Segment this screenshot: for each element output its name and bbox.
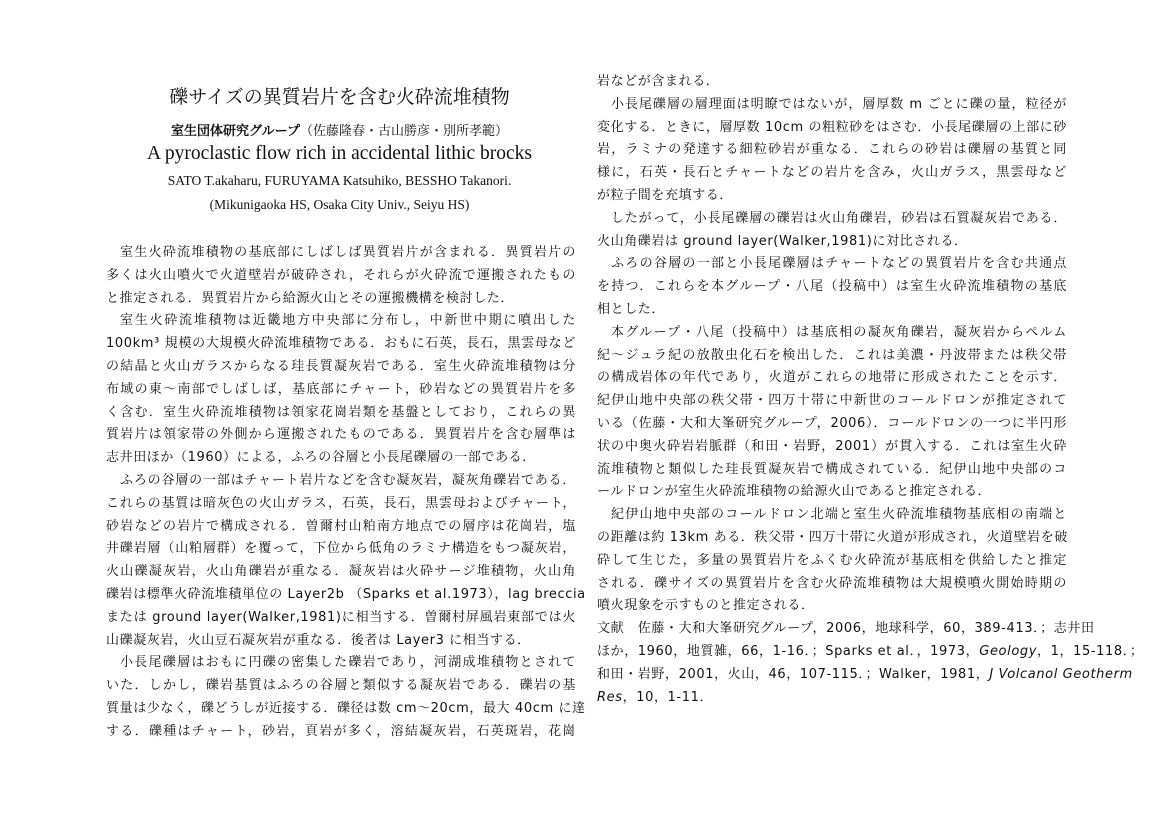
body-line: 質量は少なく，礫どうしが近接する．礫径は数 cm～20cm，最大 40cm に達 [106, 698, 576, 721]
body-line: ールドロンが室生火砕流堆積物の給源火山であると推定される． [597, 481, 1067, 504]
body-line: いる（佐藤・大和大峯研究グループ，2006）．コールドロンの一つに半円形 [597, 413, 1067, 436]
body-line: 質岩片は領家帯の外側から運搬されたものである．異質岩片を含む層準は [106, 424, 576, 447]
paper-title-japanese: 礫サイズの異質岩片を含む火砕流堆積物 [106, 84, 573, 110]
body-line: 山礫凝灰岩，火山豆石凝灰岩が重なる．後者は Layer3 に相当する． [106, 630, 576, 653]
body-line: の結晶と火山ガラスからなる珪長質凝灰岩である．室生火砕流堆積物は分 [106, 356, 576, 379]
body-line: 多くは火山噴火で火道壁岩が破砕され，それらが火砕流で運搬されたもの [106, 265, 576, 288]
body-line: これらの基質は暗灰色の火山ガラス，石英，長石，黒雲母およびチャート， [106, 493, 576, 516]
body-line: く含む．室生火砕流堆積物は領家花崗岩類を基盤としており，これらの異 [106, 402, 576, 425]
body-line: を持つ．これらを本グループ・八尾（投稿中）は室生火砕流堆積物の基底 [597, 276, 1067, 299]
reference-line: 文献 佐藤・大和大峯研究グループ，2006，地球科学，60，389-413．；志… [597, 618, 1067, 641]
references-section: 文献 佐藤・大和大峯研究グループ，2006，地球科学，60，389-413．；志… [597, 618, 1067, 709]
body-line: 状の中奥火砕岩岩脈群（和田・岩野，2001）が貫入する．これは室生火砕 [597, 436, 1067, 459]
authors-english: SATO T.akaharu, FURUYAMA Katsuhiko, BESS… [106, 172, 573, 190]
reference-line: ほか，1960，地質雑，66，1-16．；Sparks et al．，1973，… [597, 641, 1067, 664]
body-line: 岩などが含まれる． [597, 71, 1067, 94]
affiliations-english: (Mikunigaoka HS, Osaka City Univ., Seiyu… [106, 196, 573, 214]
reference-text: ，10，1-11． [623, 690, 713, 705]
research-group-name: 室生団体研究グループ [171, 124, 300, 139]
body-line: 小長尾礫層の層理面は明瞭ではないが，層厚数 m ごとに礫の量，粒径が [597, 94, 1067, 117]
body-line: 火山礫凝灰岩，火山角礫岩が重なる．凝灰岩は火砕サージ堆積物，火山角 [106, 561, 576, 584]
body-line: 流堆積物と類似した珪長質凝灰岩で構成されている．紀伊山地中央部のコ [597, 459, 1067, 482]
body-line: 小長尾礫層はおもに円礫の密集した礫岩であり，河湖成堆積物とされて [106, 652, 576, 675]
body-line: 100km³ 規模の大規模火砕流堆積物である．おもに石英，長石，黒雲母など [106, 333, 576, 356]
body-line: 紀伊山地中央部のコールドロン北端と室生火砕流堆積物基底相の南端と [597, 504, 1067, 527]
journal-name: Geology [979, 644, 1037, 659]
body-line: 火山角礫岩は ground layer(Walker,1981)に対比される． [597, 231, 1067, 254]
body-line: 岩，ラミナの発達する細粒砂岩が重なる．これらの砂岩は礫層の基質と同 [597, 139, 1067, 162]
body-line: 変化する．ときに，層厚数 10cm の粗粒砂をはさむ．小長尾礫層の上部に砂 [597, 117, 1067, 140]
body-line: ふろの谷層の一部と小長尾礫層はチャートなどの異質岩片を含む共通点 [597, 253, 1067, 276]
reference-text: ，1，15-118．； [1037, 644, 1143, 659]
body-line: される．礫サイズの異質岩片を含む火砕流堆積物は大規模噴火開始時期の [597, 573, 1067, 596]
body-line: する．礫種はチャート，砂岩，頁岩が多く，溶結凝灰岩，石英斑岩，花崗 [106, 721, 576, 744]
body-line: 井礫岩層（山粕層群）を覆って，下位から低角のラミナ構造をもつ凝灰岩， [106, 538, 576, 561]
body-line: 志井田ほか（1960）による，ふろの谷層と小長尾礫層の一部である． [106, 447, 576, 470]
body-line: 布域の東～南部でしばしば，基底部にチャート，砂岩などの異質岩片を多 [106, 379, 576, 402]
body-line: 本グループ・八尾（投稿中）は基底相の凝灰角礫岩，凝灰岩からペルム [597, 322, 1067, 345]
body-line: 紀～ジュラ紀の放散虫化石を検出した．これは美濃・丹波帯または秩父帯 [597, 345, 1067, 368]
body-line: 様に，石英・長石とチャートなどの岩片を含み，火山ガラス，黒雲母など [597, 162, 1067, 185]
body-line: 砂岩などの岩片で構成される．曽爾村山粕南方地点での層序は花崗岩，塩 [106, 516, 576, 539]
body-line: ふろの谷層の一部はチャート岩片などを含む凝灰岩，凝灰角礫岩である． [106, 470, 576, 493]
body-line: 礫岩は標準火砕流堆積単位の Layer2b （Sparks et al.1973… [106, 584, 576, 607]
body-line: したがって，小長尾礫層の礫岩は火山角礫岩，砂岩は石質凝灰岩である． [597, 208, 1067, 231]
body-line: の距離は約 13km ある．秩父帯・四万十帯に火道が形成され，火道壁岩を破 [597, 527, 1067, 550]
body-line: いた．しかし，礫岩基質はふろの谷層と類似する凝灰岩である．礫岩の基 [106, 675, 576, 698]
reference-text: 和田・岩野，2001，火山，46，107-115．；Walker，1981， [597, 667, 989, 682]
body-line: または ground layer(Walker,1981)に相当する．曽爾村屏風… [106, 607, 576, 630]
reference-text: ほか，1960，地質雑，66，1-16．；Sparks et al．，1973， [597, 644, 979, 659]
body-line: 室生火砕流堆積物は近畿地方中央部に分布し，中新世中期に噴出した [106, 310, 576, 333]
right-column-body: 岩などが含まれる． 小長尾礫層の層理面は明瞭ではないが，層厚数 m ごとに礫の量… [597, 71, 1067, 709]
body-line: の構成岩体の年代であり，火道がこれらの地帯に形成されたことを示す． [597, 367, 1067, 390]
body-line: が粒子間を充填する． [597, 185, 1067, 208]
author-names-japanese: （佐藤隆春・古山勝彦・別所孝範） [300, 124, 508, 139]
journal-name: J Volcanol Geotherm [989, 667, 1132, 682]
body-line: 砕して生じた，多量の異質岩片をふくむ火砕流が基底相を供給したと推定 [597, 550, 1067, 573]
journal-name: Res [597, 690, 623, 705]
paper-page: 礫サイズの異質岩片を含む火砕流堆積物 室生団体研究グループ（佐藤隆春・古山勝彦・… [0, 0, 1170, 827]
body-line: と推定される．異質岩片から給源火山とその運搬機構を検討した． [106, 288, 576, 311]
reference-line: Res，10，1-11． [597, 687, 1067, 710]
left-column-body: 室生火砕流堆積物の基底部にしばしば異質岩片が含まれる．異質岩片の 多くは火山噴火… [106, 242, 576, 744]
paper-title-english: A pyroclastic flow rich in accidental li… [106, 142, 573, 166]
body-line: 室生火砕流堆積物の基底部にしばしば異質岩片が含まれる．異質岩片の [106, 242, 576, 265]
body-line: 相とした． [597, 299, 1067, 322]
body-line: 紀伊山地中央部の秩父帯・四万十帯に中新世のコールドロンが推定されて [597, 390, 1067, 413]
authors-japanese: 室生団体研究グループ（佐藤隆春・古山勝彦・別所孝範） [106, 123, 573, 141]
body-line: 噴火現象を示すものと推定される． [597, 595, 1067, 618]
reference-line: 和田・岩野，2001，火山，46，107-115．；Walker，1981，J … [597, 664, 1067, 687]
